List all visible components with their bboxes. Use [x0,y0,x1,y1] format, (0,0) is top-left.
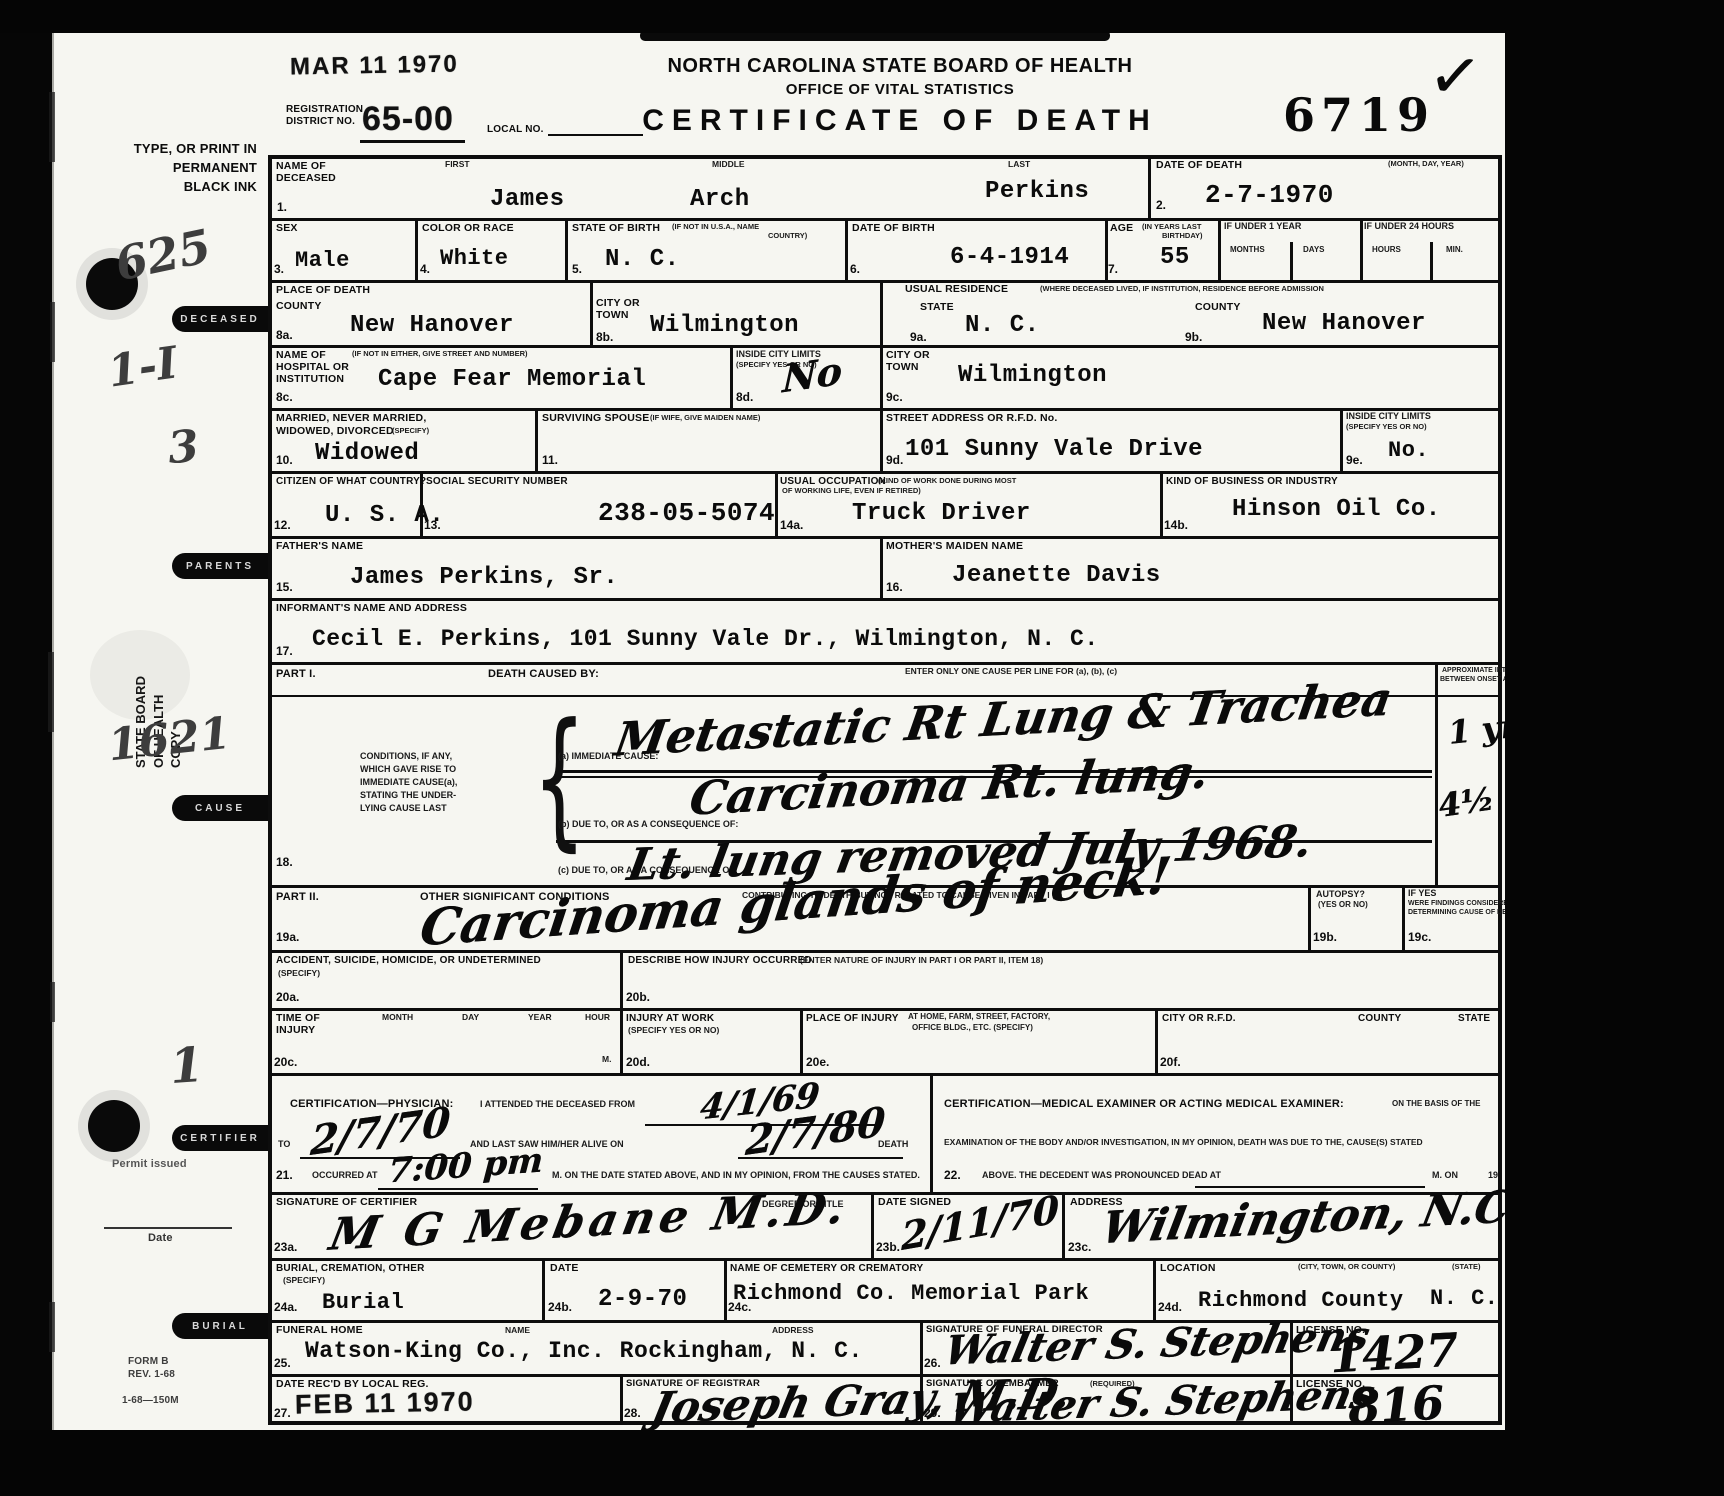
hospital-value: Cape Fear Memorial [378,366,646,393]
cert-occurred-label: OCCURRED AT [312,1171,378,1181]
regist-district-label1: REGISTRATION [286,104,363,115]
cert-tail-text: M. ON THE DATE STATED ABOVE, AND IN MY O… [552,1171,920,1181]
birth-state-value: N. C. [605,246,680,273]
pod-city-label2: TOWN [596,310,629,322]
part1-conditions-note1: CONDITIONS, IF ANY, [360,752,452,762]
burial-date-label: DATE [550,1263,579,1275]
cert-me-19: 19 [1488,1171,1498,1181]
accident-label: ACCIDENT, SUICIDE, HOMICIDE, OR UNDETERM… [276,955,541,966]
accident-sublabel: (SPECIFY) [278,969,320,978]
scan-edge-mark [50,302,55,362]
age-number: 7. [1108,262,1118,276]
location-number: 24d. [1158,1300,1182,1314]
embalmer-license-value: 816 [1347,1376,1446,1435]
injury-at-work-label: INJURY AT WORK [626,1013,714,1024]
part1-conditions-note4: STATING THE UNDER- [360,791,456,801]
informant-value: Cecil E. Perkins, 101 Sunny Vale Dr., Wi… [312,626,1099,652]
burial-date-number: 24b. [548,1300,572,1314]
residence-state-value: N. C. [965,312,1040,339]
time-of-injury-number: 20c. [274,1055,297,1069]
birth-state-sublabel2: COUNTRY) [768,232,807,240]
icl2-value: No. [1388,438,1429,463]
ssn-label: SOCIAL SECURITY NUMBER [426,476,568,487]
occupation-number: 14a. [780,518,803,532]
business-value: Hinson Oil Co. [1232,496,1441,523]
scan-border-right [1505,0,1724,1496]
funeral-name-sublabel: NAME [505,1326,530,1335]
scan-edge-mark [49,92,55,162]
spouse-number: 11. [542,453,558,467]
cert-22-number: 22. [944,1168,961,1182]
citizen-label: CITIZEN OF WHAT COUNTRY? [276,476,426,487]
residence-city-value: Wilmington [958,362,1107,389]
part1-conditions-note5: LYING CAUSE LAST [360,804,447,814]
form-id-line2: REV. 1-68 [128,1369,175,1380]
margin-date-label: Date [148,1232,173,1244]
date-signed-number: 23b. [876,1240,900,1254]
age-value: 55 [1160,244,1190,271]
place-of-injury-number: 20e. [806,1055,829,1069]
spouse-sublabel: (IF WIFE, GIVE MAIDEN NAME) [650,414,760,422]
accident-number: 20a. [276,990,299,1004]
location-label: LOCATION [1160,1263,1216,1275]
icl1-value: No [781,347,842,401]
business-number: 14b. [1164,518,1188,532]
mother-label: MOTHER'S MAIDEN NAME [886,541,1023,553]
cemetery-value: Richmond Co. Memorial Park [733,1281,1089,1306]
date-of-death-label: DATE OF DEATH [1156,160,1242,172]
certificate-number: 6719 [1283,88,1435,142]
place-of-injury-sublabel2: OFFICE BLDG., ETC. (SPECIFY) [912,1024,1033,1033]
residence-group-label: USUAL RESIDENCE [905,284,1008,296]
injury-city-number: 20f. [1160,1055,1181,1069]
findings-sublabel2: DETERMINING CAUSE OF DEATH [1408,909,1521,917]
tab-certifier: CERTIFIER [172,1125,268,1151]
part2-title: PART II. [276,891,319,903]
location-sublabel2: (STATE) [1452,1263,1480,1271]
tab-deceased: DECEASED [172,306,268,332]
registrar-number: 28. [624,1406,641,1420]
birth-state-label: STATE OF BIRTH [572,223,660,235]
sex-number: 3. [274,262,284,276]
injury-year-label: YEAR [528,1013,552,1022]
funeral-address-sublabel: ADDRESS [772,1326,814,1335]
regist-district-underline [360,140,465,143]
burial-value: Burial [322,1290,404,1315]
marital-number: 10. [276,453,293,467]
dob-label: DATE OF BIRTH [852,223,935,235]
permit-issued-note: Permit issued [112,1158,187,1170]
date-recd-number: 27. [274,1406,291,1420]
sex-value: Male [295,248,350,273]
part1-title: PART I. [276,668,316,680]
pod-city-value: Wilmington [650,312,799,339]
ink-instruction-line3: BLACK INK [184,179,257,194]
place-of-injury-sublabel1: AT HOME, FARM, STREET, FACTORY, [908,1013,1050,1022]
age-sublabel1: (IN YEARS LAST [1142,223,1201,231]
residence-county-value: New Hanover [1262,310,1426,337]
occupation-sublabel2: OF WORKING LIFE, EVEN IF RETIRED) [782,487,921,495]
cert-me-pronounced: ABOVE. THE DECEDENT WAS PRONOUNCED DEAD … [982,1171,1221,1181]
under-24-min-sub: MIN. [1446,246,1463,255]
part2-number: 19a. [276,930,299,944]
time-of-injury-label2: INJURY [276,1025,315,1037]
residence-city-label1: CITY OR [886,350,930,362]
regist-district-label2: DISTRICT NO. [286,116,355,127]
margin-number-1-i: 1-I [105,337,181,397]
street-number: 9d. [886,453,903,467]
residence-county-number: 9b. [1185,330,1202,344]
age-sublabel2: BIRTHDAY) [1162,232,1203,240]
icl1-number: 8d. [736,390,753,404]
scan-border-top [0,0,1724,33]
name-middle-sublabel: MIDDLE [712,160,745,169]
date-of-death-number: 2. [1156,198,1166,212]
form-id-line3: 1-68—150M [122,1395,179,1406]
form-id-line1: FORM B [128,1356,169,1367]
father-value: James Perkins, Sr. [350,564,618,591]
race-number: 4. [420,262,430,276]
marital-label2: WIDOWED, DIVORCED [276,426,394,438]
pod-city-number: 8b. [596,330,613,344]
local-no-label: LOCAL NO. [487,124,544,135]
ink-instruction: TYPE, OR PRINT IN PERMANENT BLACK INK [112,140,257,197]
injury-city-label: CITY OR R.F.D. [1162,1013,1236,1024]
under-1-year-label: IF UNDER 1 YEAR [1224,222,1301,232]
findings-number: 19c. [1408,930,1431,944]
father-number: 15. [276,580,293,594]
board-title: NORTH CAROLINA STATE BOARD OF HEALTH [600,55,1200,78]
hospital-number: 8c. [276,390,293,404]
autopsy-number: 19b. [1313,930,1337,944]
name-label-line1: NAME OF [276,161,326,173]
residence-city-number: 9c. [886,390,903,404]
street-value: 101 Sunny Vale Drive [905,436,1203,463]
pod-county-number: 8a. [276,328,293,342]
funeral-home-label: FUNERAL HOME [276,1325,363,1337]
birth-state-number: 5. [572,262,582,276]
pod-city-label1: CITY OR [596,298,640,310]
death-certificate-scan: TYPE, OR PRINT IN PERMANENT BLACK INK 62… [0,0,1724,1496]
hospital-label1: NAME OF [276,350,326,362]
occupation-sublabel1: (KIND OF WORK DONE DURING MOST [878,477,1016,485]
tab-parents: PARENTS [172,553,268,579]
margin-number-3: 3 [166,421,201,474]
funeral-home-value: Watson-King Co., Inc. Rockingham, N. C. [305,1338,863,1364]
describe-injury-sublabel: (ENTER NATURE OF INJURY IN PART I OR PAR… [800,956,1043,965]
tab-cause: CAUSE [172,795,268,821]
cert-me-basis: ON THE BASIS OF THE [1392,1100,1480,1109]
funeral-director-number: 26. [924,1356,941,1370]
received-stamp-bottom: FEB 11 1970 [295,1386,475,1420]
cert-to-label: TO [278,1140,290,1150]
name-first-sublabel: FIRST [445,160,470,169]
name-first-value: James [490,186,565,213]
part1-caused-by-label: DEATH CAUSED BY: [488,668,599,680]
burial-label: BURIAL, CREMATION, OTHER [276,1263,425,1274]
cert-me-body: EXAMINATION OF THE BODY AND/OR INVESTIGA… [944,1138,1423,1147]
autopsy-sublabel: (YES OR NO) [1318,901,1368,910]
citizen-value: U. S. A. [325,502,444,529]
check-mark: ✓ [1424,37,1485,116]
under-24-hours-sub: HOURS [1372,246,1401,255]
injury-state-label: STATE [1458,1013,1490,1024]
part1-conditions-note3: IMMEDIATE CAUSE(a), [360,778,457,788]
sex-label: SEX [276,223,298,235]
margin-date-line [104,1227,232,1229]
icl2-label: INSIDE CITY LIMITS [1346,412,1431,422]
certificate-title: CERTIFICATE OF DEATH [600,104,1200,138]
mother-value: Jeanette Davis [952,562,1161,589]
injury-m-label: M. [602,1055,611,1064]
time-of-injury-label1: TIME OF [276,1013,320,1025]
under-1-months-label: MONTHS [1230,246,1265,255]
under-24-hours-label: IF UNDER 24 HOURS [1364,222,1454,232]
funeral-home-number: 25. [274,1356,291,1370]
race-value: White [440,246,509,271]
hospital-sublabel: (IF NOT IN EITHER, GIVE STREET AND NUMBE… [352,350,528,358]
injury-at-work-number: 20d. [626,1055,650,1069]
cert-me-title: CERTIFICATION—MEDICAL EXAMINER OR ACTING… [944,1098,1344,1110]
margin-number-1: 1 [168,1037,205,1095]
mother-number: 16. [886,580,903,594]
injury-month-label: MONTH [382,1013,413,1022]
father-label: FATHER'S NAME [276,541,363,553]
residence-state-label: STATE [920,302,954,314]
name-last-sublabel: LAST [1008,160,1030,169]
burial-number: 24a. [274,1300,297,1314]
describe-injury-label: DESCRIBE HOW INJURY OCCURRED [628,955,812,966]
name-number: 1. [277,200,287,214]
occupation-value: Truck Driver [852,500,1031,527]
injury-hour-label: HOUR [585,1013,610,1022]
age-label: AGE [1110,223,1133,235]
scan-edge-mark [49,1302,55,1352]
icl2-sublabel: (SPECIFY YES OR NO) [1346,423,1427,431]
pod-county-value: New Hanover [350,312,514,339]
birth-state-sublabel1: (IF NOT IN U.S.A., NAME [672,223,759,231]
ink-instruction-line1: TYPE, OR PRINT IN [134,141,257,156]
hole-punch-bottom [88,1100,140,1152]
ink-instruction-line2: PERMANENT [173,160,257,175]
cert-21-number: 21. [276,1168,293,1182]
burial-date-value: 2-9-70 [598,1286,687,1313]
marital-value: Widowed [315,440,419,467]
dob-number: 6. [850,262,860,276]
address-number: 23c. [1068,1240,1091,1254]
tab-burial: BURIAL [172,1313,268,1339]
name-middle-value: Arch [690,186,750,213]
ssn-value: 238-05-5074 [598,498,775,528]
pod-county-label: COUNTY [276,301,322,313]
regist-district-value: 65-00 [362,100,454,139]
name-label-line2: DECEASED [276,173,336,185]
office-title: OFFICE OF VITAL STATISTICS [600,81,1200,98]
scan-edge-mark [50,982,55,1022]
part1-enter-note: ENTER ONLY ONE CAUSE PER LINE FOR (a), (… [905,667,1117,676]
hospital-label3: INSTITUTION [276,374,344,386]
describe-injury-number: 20b. [626,990,650,1004]
received-stamp-top: MAR 11 1970 [290,51,459,82]
signature-certifier-number: 23a. [274,1240,297,1254]
location-sublabel1: (CITY, TOWN, OR COUNTY) [1298,1263,1395,1271]
date-of-death-value: 2-7-1970 [1205,180,1334,210]
scan-border-bottom [0,1430,1724,1496]
findings-label: IF YES [1408,889,1436,899]
residence-county-label: COUNTY [1195,302,1241,314]
residence-group-sublabel: (WHERE DECEASED LIVED, IF INSTITUTION, R… [1040,285,1324,293]
date-of-death-sublabel: (MONTH, DAY, YEAR) [1388,160,1464,168]
cert-me-m-on: M. ON [1432,1171,1458,1181]
hospital-label2: HOSPITAL OR [276,362,349,374]
street-label: STREET ADDRESS OR R.F.D. No. [886,413,1057,425]
marital-label1: MARRIED, NEVER MARRIED, [276,413,426,425]
part1-number: 18. [276,855,293,869]
residence-city-label2: TOWN [886,362,919,374]
dob-value: 6-4-1914 [950,244,1069,271]
injury-day-label: DAY [462,1013,479,1022]
informant-label: INFORMANT'S NAME AND ADDRESS [276,603,467,615]
scan-edge-mark [48,652,54,732]
location-value: Richmond County [1198,1288,1404,1313]
spouse-label: SURVIVING SPOUSE [542,413,649,425]
conditions-brace: { [532,688,586,867]
cert-attended-label: I ATTENDED THE DECEASED FROM [480,1100,635,1110]
injury-county-label: COUNTY [1358,1013,1401,1024]
informant-number: 17. [276,644,293,658]
citizen-number: 12. [274,518,291,532]
under-1-days-label: DAYS [1303,246,1325,255]
race-label: COLOR OR RACE [422,223,514,235]
injury-at-work-sublabel: (SPECIFY YES OR NO) [628,1026,719,1035]
icl2-number: 9e. [1346,453,1363,467]
marital-sublabel: (SPECIFY) [392,427,429,435]
cemetery-label: NAME OF CEMETERY OR CREMATORY [730,1263,923,1274]
residence-state-number: 9a. [910,330,927,344]
burial-sublabel: (SPECIFY) [283,1276,325,1285]
place-of-death-group-label: PLACE OF DEATH [276,285,370,297]
name-last-value: Perkins [985,178,1089,205]
part1-conditions-note2: WHICH GAVE RISE TO [360,765,456,775]
autopsy-label: AUTOPSY? [1316,890,1365,900]
place-of-injury-label: PLACE OF INJURY [806,1013,899,1024]
business-label: KIND OF BUSINESS OR INDUSTRY [1166,476,1338,487]
location-state-value: N. C. [1430,1286,1499,1311]
